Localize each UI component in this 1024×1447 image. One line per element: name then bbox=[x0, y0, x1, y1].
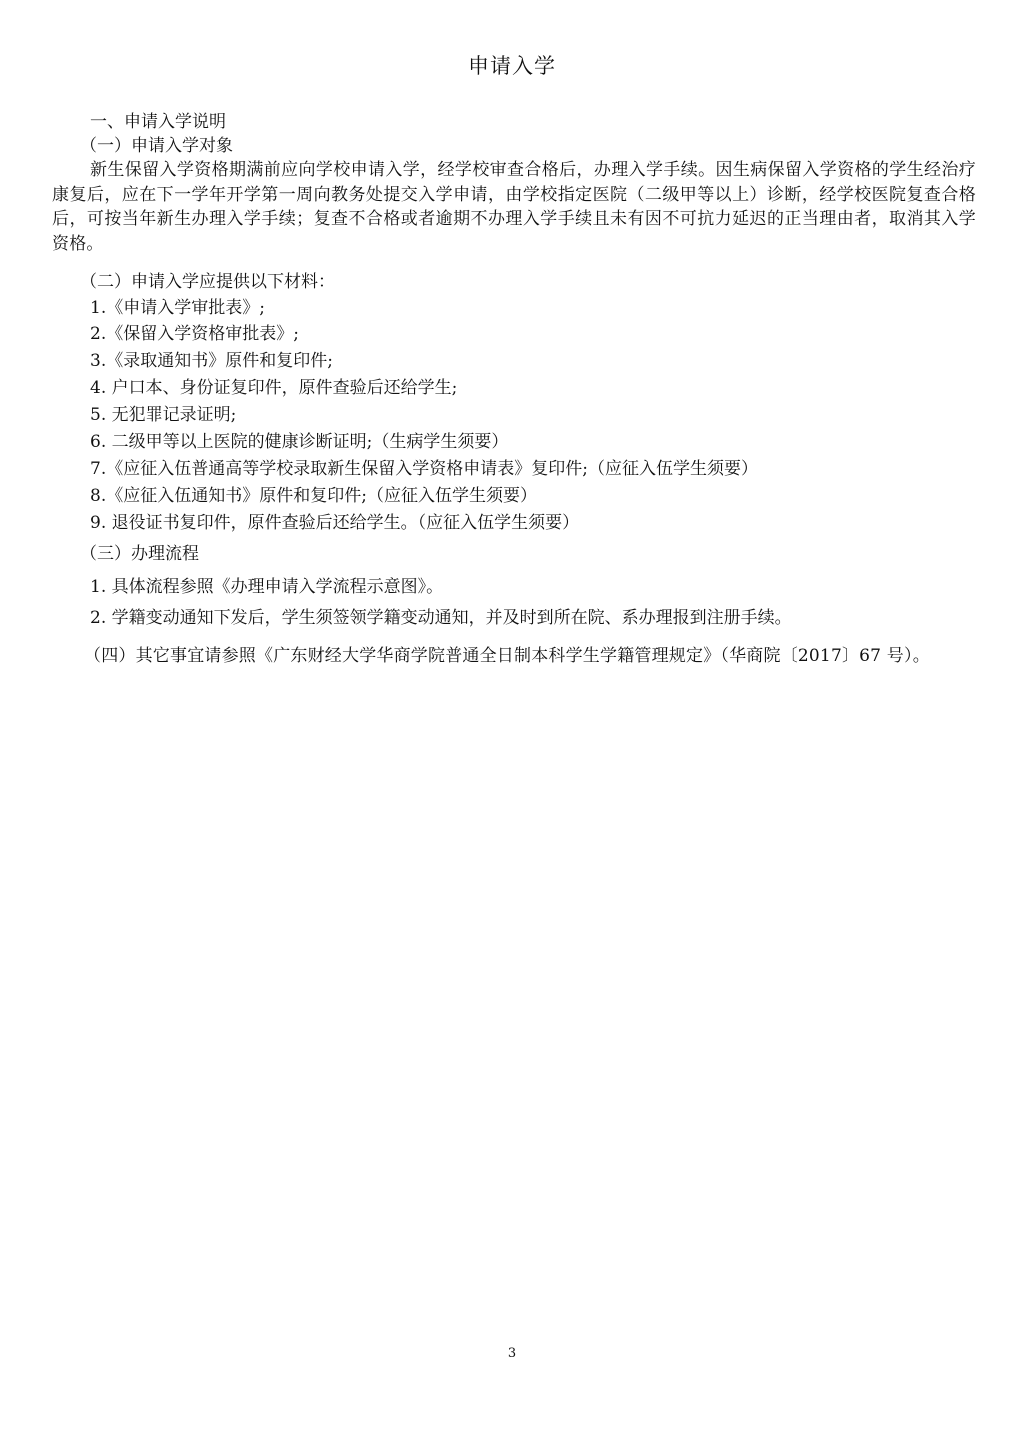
list-item: 4. 户口本、身份证复印件，原件查验后还给学生; bbox=[90, 376, 457, 400]
list-item: 9. 退役证书复印件，原件查验后还给学生。（应征入伍学生须要） bbox=[90, 511, 579, 535]
document-page: 申请入学 一、申请入学说明 （一）申请入学对象 新生保留入学资格期满前应向学校申… bbox=[0, 0, 1024, 1447]
page-title: 申请入学 bbox=[0, 50, 1024, 80]
list-item: 5. 无犯罪记录证明; bbox=[90, 403, 236, 427]
list-item: 8.《应征入伍通知书》原件和复印件;（应征入伍学生须要） bbox=[90, 484, 537, 508]
list-item: 1.《申请入学审批表》; bbox=[90, 296, 265, 320]
list-item: 3.《录取通知书》原件和复印件; bbox=[90, 349, 333, 373]
list-item: 2.《保留入学资格审批表》; bbox=[90, 322, 299, 346]
subsection-heading: （一）申请入学对象 bbox=[80, 134, 233, 158]
subsection-heading: （二）申请入学应提供以下材料： bbox=[80, 270, 335, 294]
eligibility-paragraph: 新生保留入学资格期满前应向学校申请入学，经学校审查合格后，办理入学手续。因生病保… bbox=[52, 158, 976, 256]
list-item: 2. 学籍变动通知下发后，学生须签领学籍变动通知，并及时到所在院、系办理报到注册… bbox=[90, 606, 792, 630]
other-matters-paragraph: （四）其它事宜请参照《广东财经大学华商学院普通全日制本科学生学籍管理规定》（华商… bbox=[52, 640, 976, 672]
list-item: 1. 具体流程参照《办理申请入学流程示意图》。 bbox=[90, 575, 443, 599]
list-item: 6. 二级甲等以上医院的健康诊断证明;（生病学生须要） bbox=[90, 430, 508, 454]
subsection-heading: （三）办理流程 bbox=[80, 542, 199, 566]
list-item: 7.《应征入伍普通高等学校录取新生保留入学资格申请表》复印件;（应征入伍学生须要… bbox=[90, 457, 758, 481]
page-number: 3 bbox=[0, 1346, 1024, 1361]
section-heading: 一、申请入学说明 bbox=[90, 110, 226, 134]
